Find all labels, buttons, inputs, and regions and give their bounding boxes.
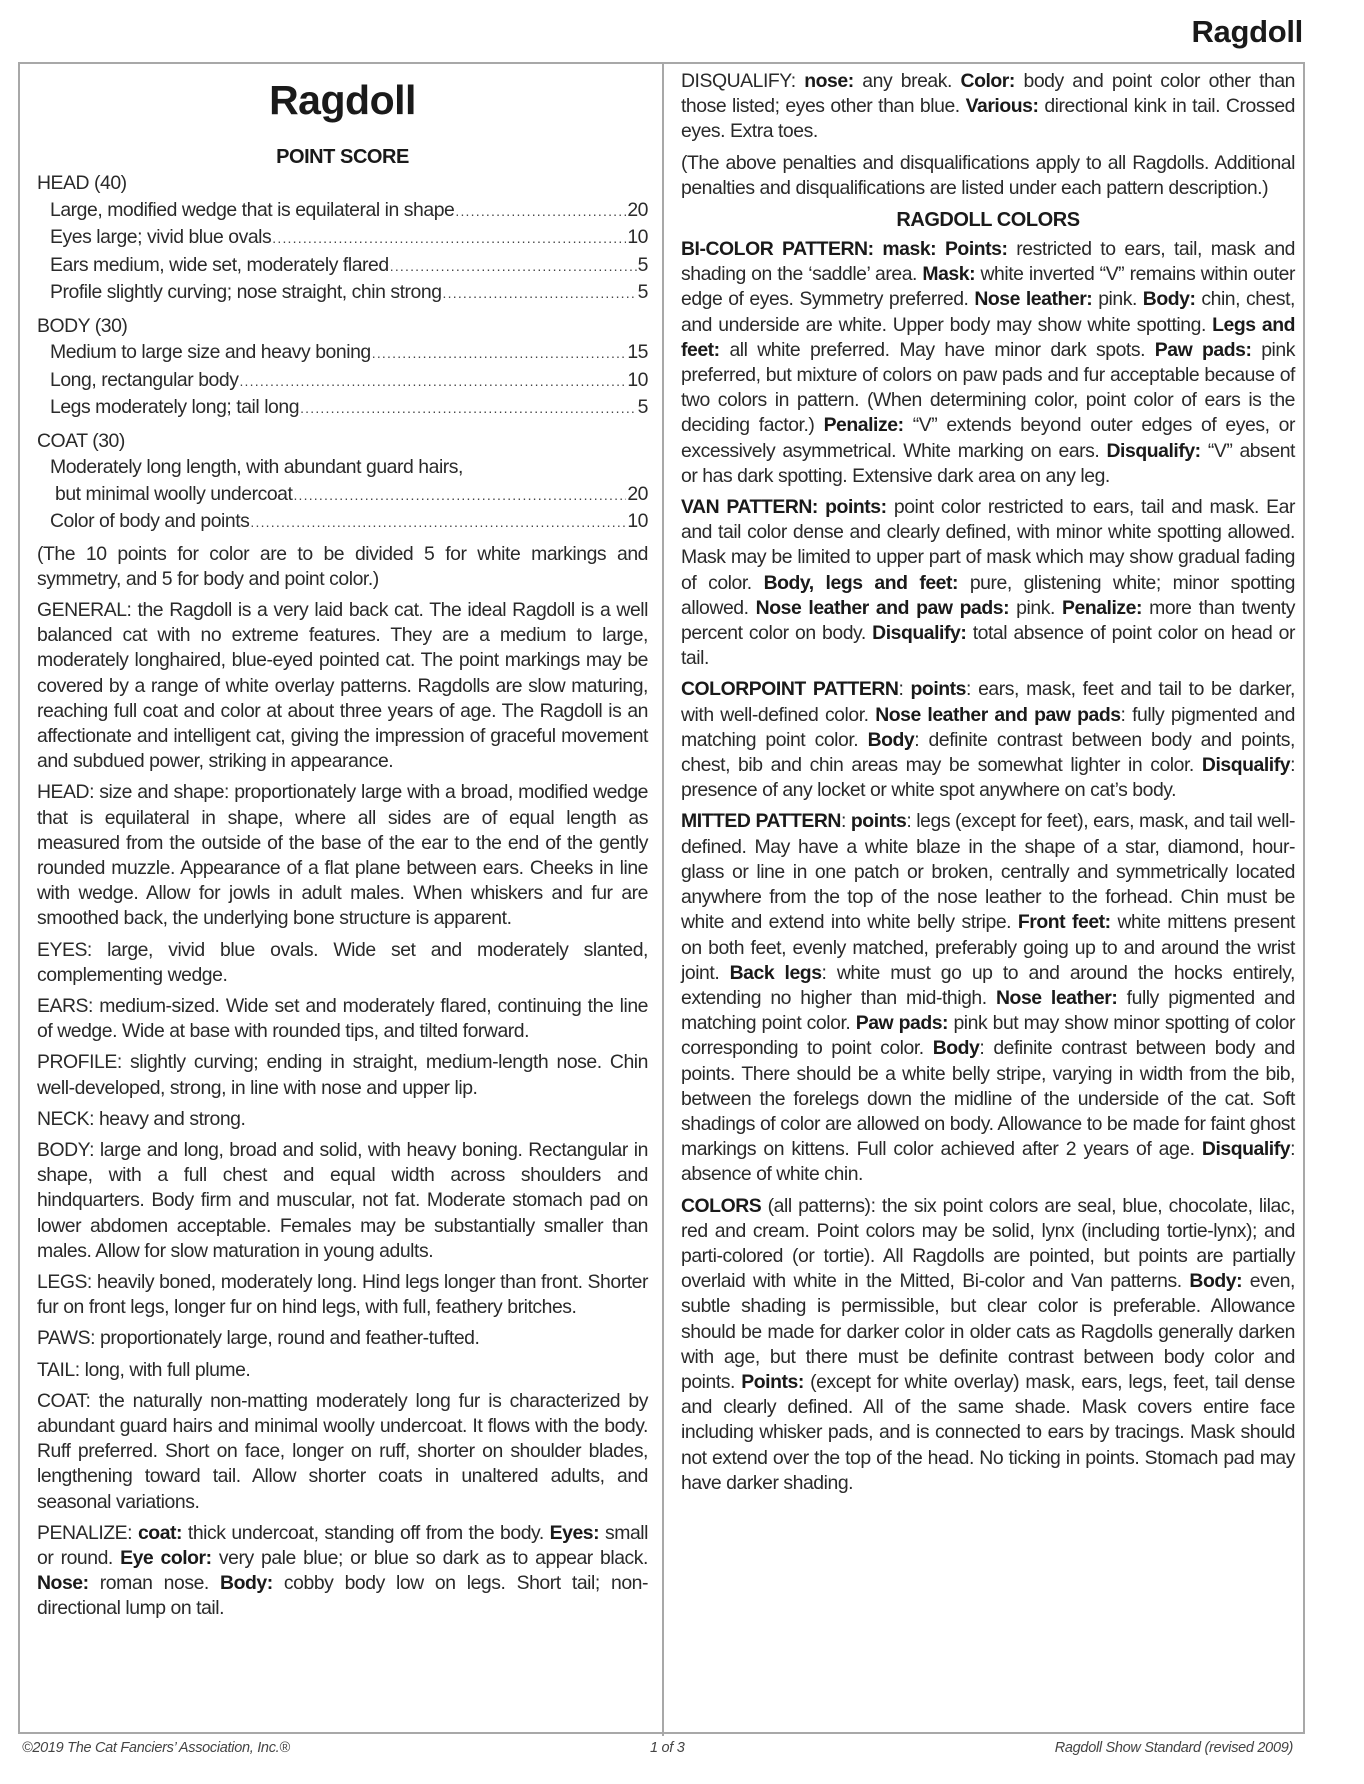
bold-term: Back legs — [730, 962, 822, 984]
score-row: Medium to large size and heavy boning15 — [37, 339, 648, 367]
score-value: 10 — [627, 367, 648, 394]
dot-leader — [272, 224, 626, 252]
bold-term: Mask: — [922, 263, 975, 285]
tail-paragraph: TAIL: long, with full plume. — [37, 1358, 648, 1383]
disqualify-paragraph: DISQUALIFY: nose: any break. Color: body… — [681, 69, 1295, 145]
body-paragraph: BODY: large and long, broad and solid, w… — [37, 1138, 648, 1264]
point-score-heading: POINT SCORE — [37, 144, 648, 170]
bold-term: COLORPOINT PATTERN — [681, 678, 898, 700]
bold-term: Disqualify — [1202, 1138, 1290, 1160]
para-text: long, with full plume. — [80, 1359, 251, 1381]
head-paragraph: HEAD: size and shape: proportionately la… — [37, 780, 648, 931]
bold-term: Various: — [966, 95, 1039, 117]
score-row: Color of body and points10 — [37, 508, 648, 536]
para-text: proportionately large, round and feather… — [95, 1327, 479, 1349]
profile-paragraph: PROFILE: slightly curving; ending in str… — [37, 1050, 648, 1100]
dot-leader — [443, 279, 637, 307]
ears-paragraph: EARS: medium-sized. Wide set and moderat… — [37, 994, 648, 1044]
para-text: : — [898, 678, 910, 700]
score-label: Medium to large size and heavy boning — [50, 339, 371, 366]
para-label: PAWS: — [37, 1327, 95, 1349]
score-row: Ears medium, wide set, moderately flared… — [37, 252, 648, 280]
bold-term: Nose: — [37, 1572, 89, 1594]
para-label: EARS: — [37, 995, 93, 1017]
dot-leader — [250, 508, 626, 536]
bold-term: Disqualify: — [1107, 440, 1201, 462]
coat-paragraph: COAT: the naturally non-matting moderate… — [37, 1389, 648, 1515]
van-pattern-paragraph: VAN PATTERN: points: point color restric… — [681, 495, 1295, 671]
bold-term: Body: — [1143, 288, 1196, 310]
breed-title: Ragdoll — [37, 70, 648, 130]
ragdoll-colors-heading: RAGDOLL COLORS — [681, 207, 1295, 233]
score-value: 20 — [627, 481, 648, 508]
bold-term: Paw pads: — [1155, 339, 1252, 361]
score-heading: HEAD (40) — [37, 170, 648, 197]
score-row: but minimal woolly undercoat20 — [37, 481, 648, 509]
score-label: but minimal woolly undercoat — [55, 481, 292, 508]
bold-term: VAN PATTERN: points: — [681, 496, 887, 518]
score-row: Legs moderately long; tail long5 — [37, 394, 648, 422]
score-label: Long, rectangular body — [50, 367, 238, 394]
score-label: Large, modified wedge that is equilatera… — [50, 197, 454, 224]
bold-term: Body: — [220, 1572, 273, 1594]
score-label-line1: Moderately long length, with abundant gu… — [37, 454, 648, 481]
para-text: the naturally non-matting moderately lon… — [37, 1390, 648, 1513]
para-text: all white preferred. May have minor dark… — [720, 339, 1155, 361]
color-points-note: (The 10 points for color are to be divid… — [37, 542, 648, 592]
bold-term: Body, legs and feet: — [764, 572, 958, 594]
para-text: pink. — [1092, 288, 1142, 310]
score-heading: COAT (30) — [37, 428, 648, 455]
dot-leader — [455, 197, 626, 225]
score-label: Ears medium, wide set, moderately flared — [50, 252, 389, 279]
dot-leader — [390, 252, 637, 280]
left-column: Ragdoll POINT SCORE HEAD (40) Large, mod… — [37, 64, 648, 1628]
score-row: Eyes large; vivid blue ovals10 — [37, 224, 648, 252]
bold-term: Color: — [961, 70, 1015, 92]
para-label: HEAD: — [37, 781, 94, 803]
column-divider — [662, 62, 664, 1736]
para-label: NECK: — [37, 1108, 94, 1130]
dot-leader — [300, 394, 637, 422]
para-label: LEGS: — [37, 1271, 92, 1293]
para-text: size and shape: proportionately large wi… — [37, 781, 648, 929]
para-text: the Ragdoll is a very laid back cat. The… — [37, 599, 648, 772]
bold-term: Front feet: — [1018, 911, 1111, 933]
para-label: GENERAL: — [37, 599, 131, 621]
footer-copyright: ©2019 The Cat Fanciers’ Association, Inc… — [22, 1740, 290, 1756]
bold-term: points — [851, 810, 906, 832]
bold-term: Penalize: — [824, 414, 904, 436]
bold-term: coat: — [138, 1522, 182, 1544]
score-group-body: BODY (30) Medium to large size and heavy… — [37, 313, 648, 422]
bold-term: points — [911, 678, 966, 700]
score-value: 20 — [627, 197, 648, 224]
score-value: 15 — [627, 339, 648, 366]
bold-term: Eyes: — [550, 1522, 600, 1544]
bold-term: COLORS — [681, 1195, 761, 1217]
bold-term: Body: — [1189, 1270, 1242, 1292]
neck-paragraph: NECK: heavy and strong. — [37, 1107, 648, 1132]
para-text: roman nose. — [89, 1572, 220, 1594]
score-label: Profile slightly curving; nose straight,… — [50, 279, 442, 306]
page-header-title: Ragdoll — [1191, 14, 1303, 50]
score-group-coat: COAT (30) Moderately long length, with a… — [37, 428, 648, 536]
para-text: any break. — [854, 70, 961, 92]
legs-paragraph: LEGS: heavily boned, moderately long. Hi… — [37, 1270, 648, 1320]
score-value: 5 — [638, 394, 648, 421]
para-label: DISQUALIFY: — [681, 70, 796, 92]
bold-term: Nose leather: — [996, 987, 1117, 1009]
bold-term: Body — [933, 1037, 980, 1059]
bold-term: Nose leather and paw pads: — [756, 597, 1009, 619]
bold-term: Body — [868, 729, 915, 751]
score-value: 10 — [627, 508, 648, 535]
footer-document-title: Ragdoll Show Standard (revised 2009) — [1055, 1740, 1293, 1756]
penalty-note: (The above penalties and disqualificatio… — [681, 151, 1295, 201]
bold-term: Nose leather and paw pads — [875, 704, 1120, 726]
bold-term: MITTED PATTERN — [681, 810, 841, 832]
score-value: 5 — [638, 279, 648, 306]
para-text: slightly curving; ending in straight, me… — [37, 1051, 648, 1098]
score-label: Legs moderately long; tail long — [50, 394, 299, 421]
score-row: Long, rectangular body10 — [37, 367, 648, 395]
para-label: BODY: — [37, 1139, 94, 1161]
para-label: COAT: — [37, 1390, 90, 1412]
bold-term: BI-COLOR PATTERN: mask: Points: — [681, 238, 1008, 260]
para-text: thick undercoat, standing off from the b… — [182, 1522, 550, 1544]
penalize-paragraph: PENALIZE: coat: thick undercoat, standin… — [37, 1521, 648, 1622]
para-label: PENALIZE: — [37, 1522, 132, 1544]
score-row: Profile slightly curving; nose straight,… — [37, 279, 648, 307]
para-text: very pale blue; or blue so dark as to ap… — [212, 1547, 648, 1569]
score-label: Eyes large; vivid blue ovals — [50, 224, 271, 251]
right-column: DISQUALIFY: nose: any break. Color: body… — [681, 69, 1295, 1502]
footer-page-number: 1 of 3 — [650, 1740, 684, 1756]
colorpoint-pattern-paragraph: COLORPOINT PATTERN: points: ears, mask, … — [681, 677, 1295, 803]
general-paragraph: GENERAL: the Ragdoll is a very laid back… — [37, 598, 648, 774]
dot-leader — [239, 367, 626, 395]
score-group-head: HEAD (40) Large, modified wedge that is … — [37, 170, 648, 307]
dot-leader — [293, 481, 626, 509]
dot-leader — [372, 339, 627, 367]
score-heading: BODY (30) — [37, 313, 648, 340]
colors-paragraph: COLORS (all patterns): the six point col… — [681, 1194, 1295, 1496]
bold-term: Points: — [741, 1371, 804, 1393]
para-label: PROFILE: — [37, 1051, 122, 1073]
bold-term: Disqualify: — [872, 622, 966, 644]
mitted-pattern-paragraph: MITTED PATTERN: points: legs (except for… — [681, 809, 1295, 1187]
para-text: pink. — [1009, 597, 1062, 619]
bicolor-pattern-paragraph: BI-COLOR PATTERN: mask: Points: restrict… — [681, 237, 1295, 489]
score-label: Color of body and points — [50, 508, 249, 535]
score-value: 10 — [627, 224, 648, 251]
para-text: heavy and strong. — [94, 1108, 245, 1130]
eyes-paragraph: EYES: large, vivid blue ovals. Wide set … — [37, 938, 648, 988]
para-label: TAIL: — [37, 1359, 80, 1381]
bold-term: Penalize: — [1062, 597, 1142, 619]
bold-term: nose: — [804, 70, 853, 92]
para-text: large, vivid blue ovals. Wide set and mo… — [37, 939, 648, 986]
paws-paragraph: PAWS: proportionately large, round and f… — [37, 1326, 648, 1351]
bold-term: Paw pads: — [856, 1012, 948, 1034]
para-text: heavily boned, moderately long. Hind leg… — [37, 1271, 648, 1318]
para-text: medium-sized. Wide set and moderately fl… — [37, 995, 648, 1042]
bold-term: Eye color: — [120, 1547, 212, 1569]
score-value: 5 — [638, 252, 648, 279]
para-text: : — [841, 810, 851, 832]
para-text: large and long, broad and solid, with he… — [37, 1139, 648, 1262]
para-label: EYES: — [37, 939, 92, 961]
score-row: Large, modified wedge that is equilatera… — [37, 197, 648, 225]
bold-term: Disqualify — [1202, 754, 1290, 776]
bold-term: Nose leather: — [974, 288, 1092, 310]
